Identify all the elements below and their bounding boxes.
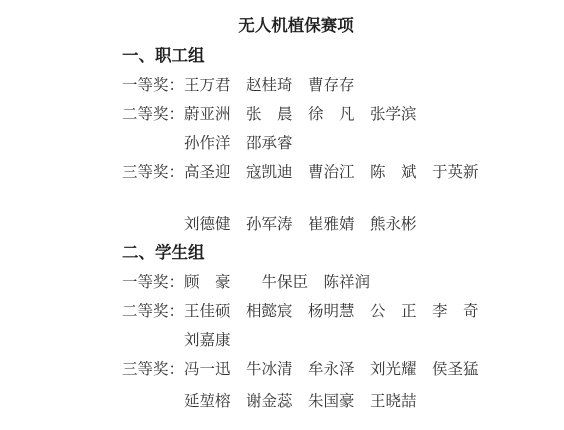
award-label: 二等奖：: [122, 297, 184, 326]
section-heading-staff: 一、职工组: [122, 42, 564, 71]
award-row-staff-first: 一等奖： 王万君 赵桂琦 曹存存: [122, 71, 564, 100]
award-row-student-third: 三等奖： 冯一迅 牛冰清 牟永泽 刘光耀 侯圣猛: [122, 355, 564, 384]
award-list: 一、职工组 一等奖： 王万君 赵桂琦 曹存存 二等奖： 蔚亚洲 张 晨 徐 凡 …: [0, 42, 564, 416]
award-names: 顾 豪 牛保臣 陈祥润: [184, 268, 370, 297]
award-names: 蔚亚洲 张 晨 徐 凡 张学滨: [184, 100, 417, 129]
award-row-staff-third: 三等奖： 高圣迎 寇凯迪 曹治江 陈 斌 于英新: [122, 158, 564, 187]
award-label: 一等奖：: [122, 71, 184, 100]
document-title: 无人机植保赛项: [0, 0, 564, 36]
award-row-staff-second-continuation: 孙作洋 邵承睿: [122, 129, 564, 158]
award-names: 孙作洋 邵承睿: [184, 129, 293, 158]
award-label: 三等奖：: [122, 158, 184, 187]
document-page: 无人机植保赛项 一、职工组 一等奖： 王万君 赵桂琦 曹存存 二等奖： 蔚亚洲 …: [0, 0, 564, 430]
award-row-student-third-continuation: 延堃榕 谢金蕊 朱国豪 王晓喆: [122, 387, 564, 416]
section-heading-student: 二、学生组: [122, 239, 564, 268]
award-names: 刘嘉康: [184, 326, 231, 355]
label-spacer: [122, 129, 184, 158]
award-row-student-second: 二等奖： 王佳硕 相懿宸 杨明慧 公 正 李 奇: [122, 297, 564, 326]
award-names: 刘德健 孙军涛 崔雅婧 熊永彬: [184, 210, 417, 239]
award-names: 王万君 赵桂琦 曹存存: [184, 71, 355, 100]
award-row-staff-second: 二等奖： 蔚亚洲 张 晨 徐 凡 张学滨: [122, 100, 564, 129]
award-names: 延堃榕 谢金蕊 朱国豪 王晓喆: [184, 387, 417, 416]
label-spacer: [122, 210, 184, 239]
label-spacer: [122, 387, 184, 416]
award-label: 一等奖：: [122, 268, 184, 297]
label-spacer: [122, 326, 184, 355]
award-row-staff-third-continuation: 刘德健 孙军涛 崔雅婧 熊永彬: [122, 210, 564, 239]
award-names: 冯一迅 牛冰清 牟永泽 刘光耀 侯圣猛: [184, 355, 479, 384]
award-row-student-second-continuation: 刘嘉康: [122, 326, 564, 355]
award-names: 高圣迎 寇凯迪 曹治江 陈 斌 于英新: [184, 158, 479, 187]
award-label: 三等奖：: [122, 355, 184, 384]
award-names: 王佳硕 相懿宸 杨明慧 公 正 李 奇: [184, 297, 479, 326]
award-row-student-first: 一等奖： 顾 豪 牛保臣 陈祥润: [122, 268, 564, 297]
award-label: 二等奖：: [122, 100, 184, 129]
